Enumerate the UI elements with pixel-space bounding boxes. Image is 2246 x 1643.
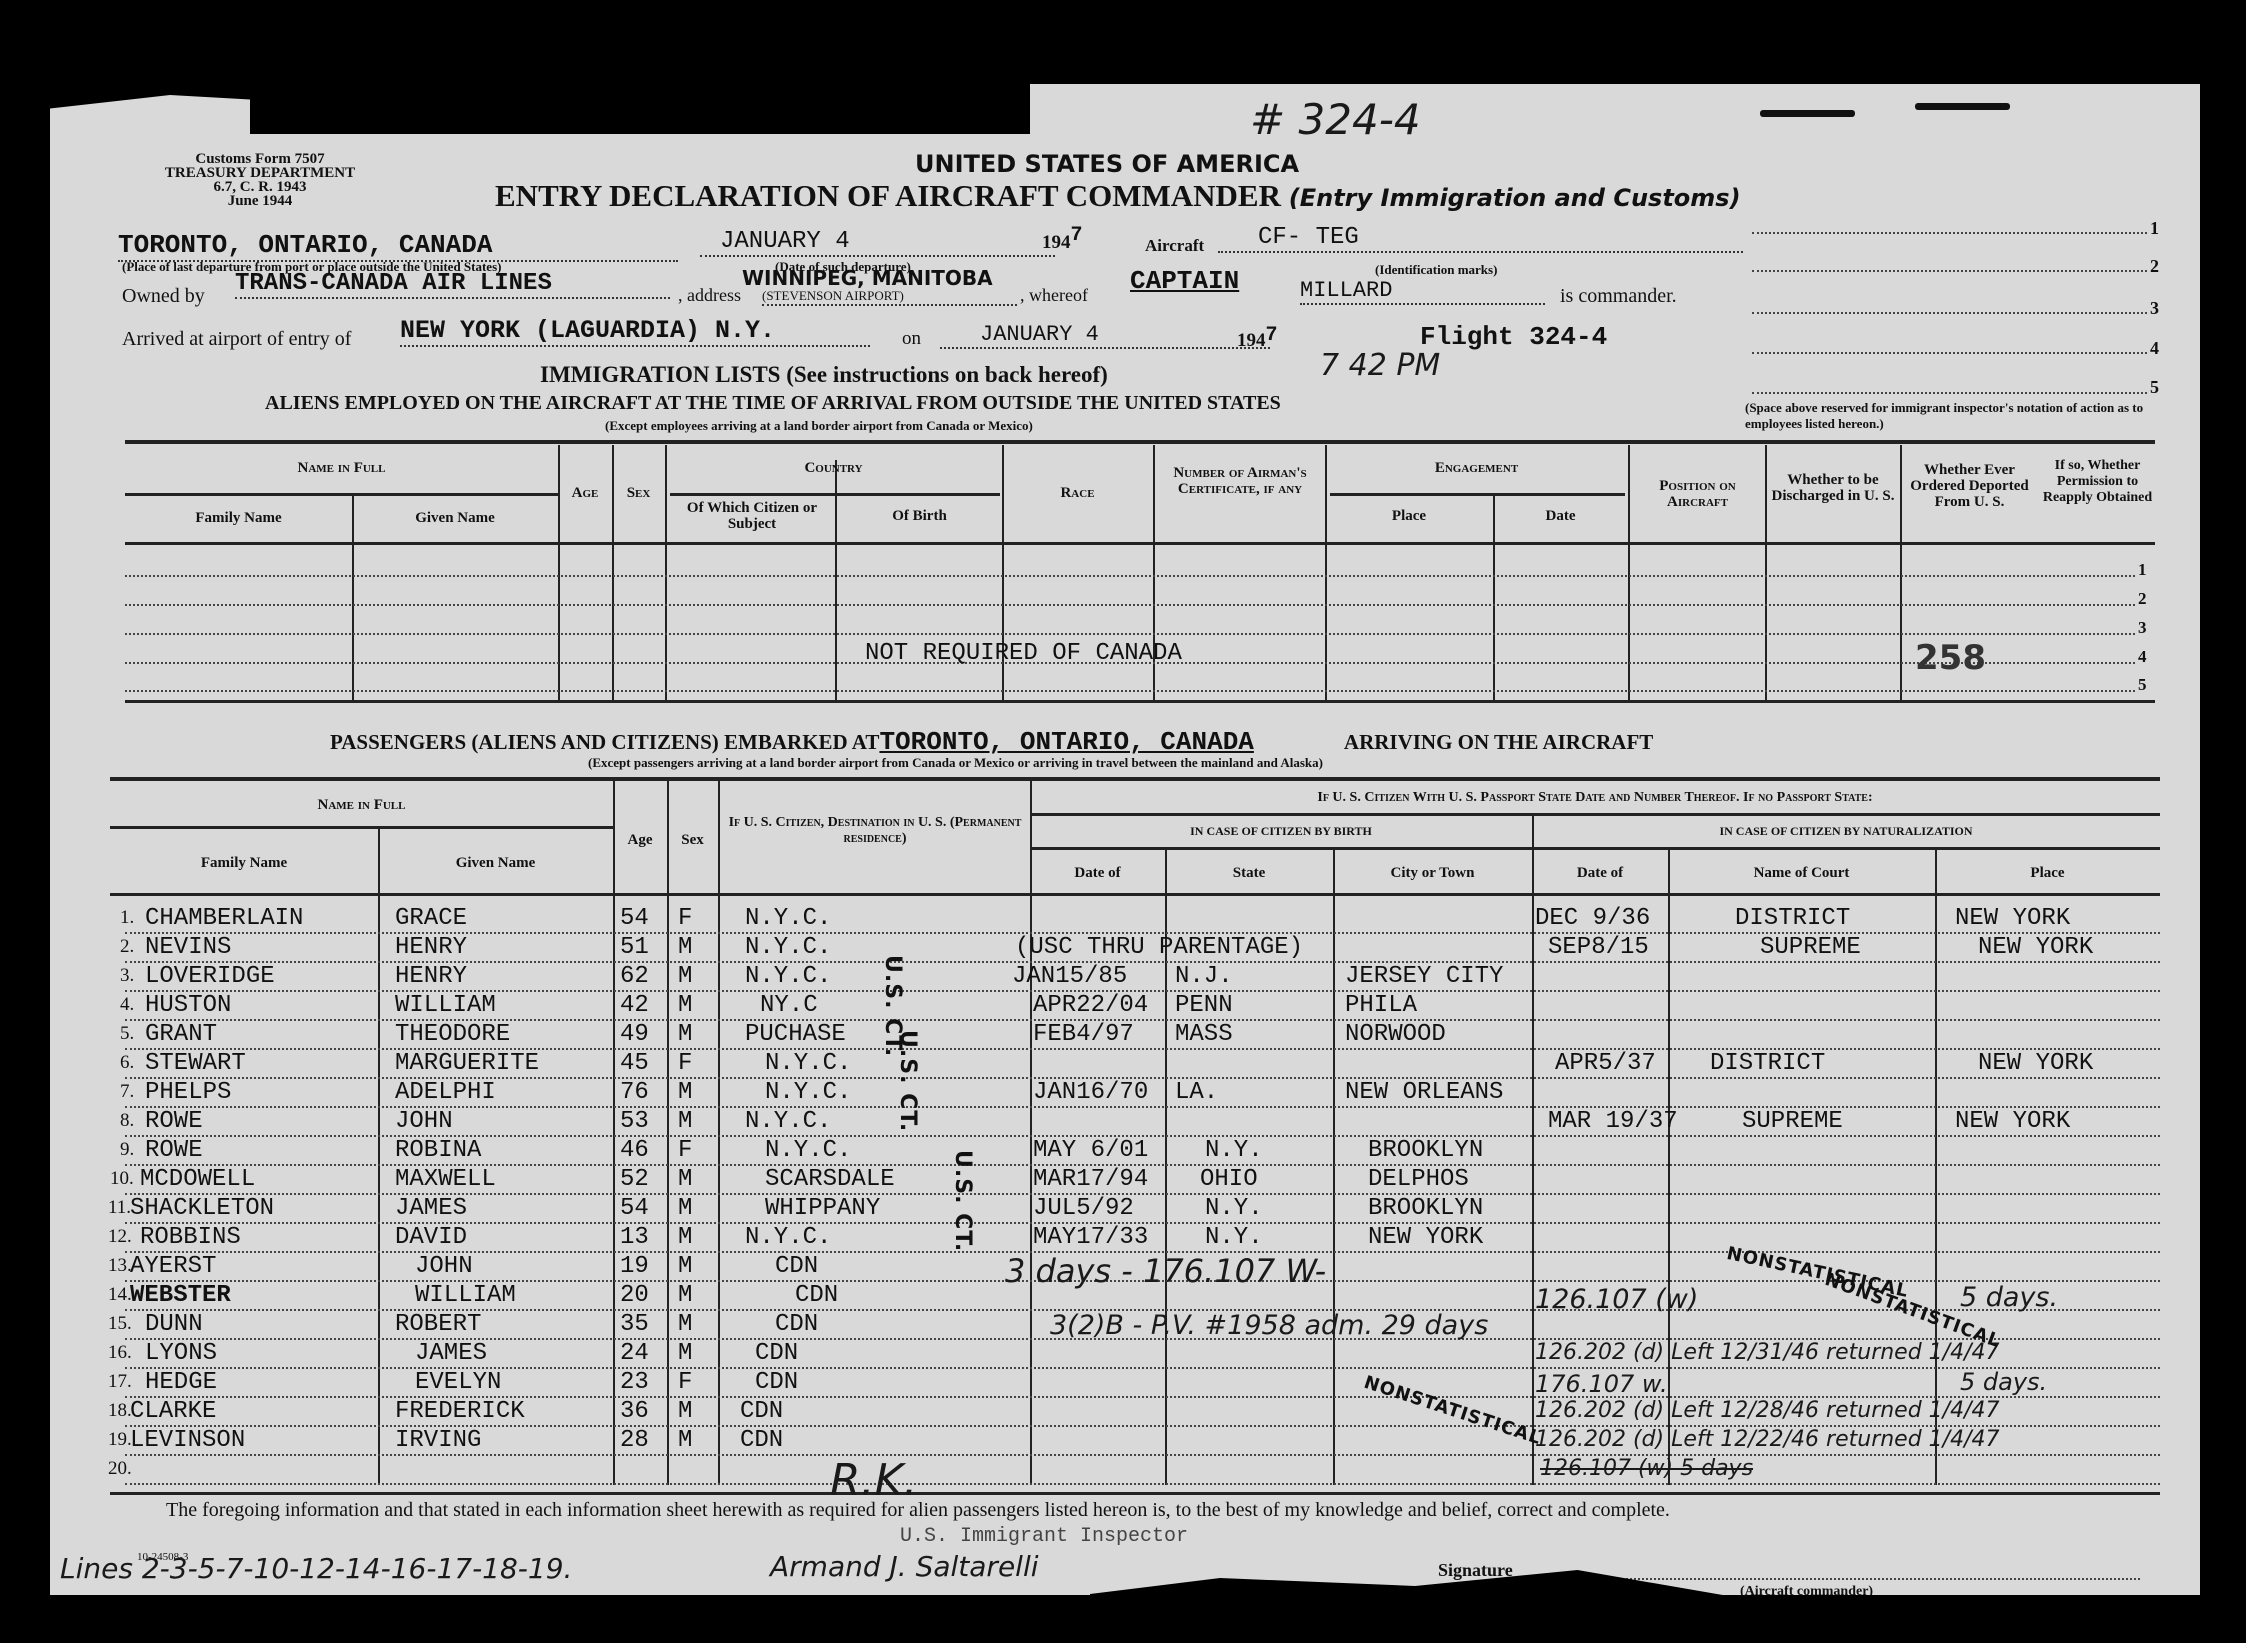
title-suffix: (Entry Immigration and Customs) [1289, 184, 1741, 212]
n: 11. [108, 1197, 131, 1219]
table-row: 4.HUSTONWILLIAM42MNY.CAPR22/04PENNPHILA [0, 992, 2246, 1021]
age: 20 [620, 1282, 649, 1309]
family-name: Family Name [125, 510, 352, 526]
dest: CDN [755, 1340, 798, 1367]
family: SHACKLETON [130, 1195, 274, 1222]
given-name: Given Name [352, 510, 558, 526]
table-row: 17.HEDGEEVELYN23FCDN [0, 1369, 2246, 1398]
table-row: 1.CHAMBERLAINGRACE54FN.Y.C.DEC 9/36DISTR… [0, 905, 2246, 934]
age: 54 [620, 1195, 649, 1222]
form-date: June 1944 [110, 194, 410, 208]
2: 3 [2150, 298, 2159, 319]
stamp-number: 258 [1915, 638, 1986, 678]
family: HUSTON [145, 992, 231, 1019]
n: 2. [120, 936, 134, 958]
n: 9. [120, 1139, 134, 1161]
dest: N.Y.C. [745, 934, 831, 961]
n-date: APR5/37 [1555, 1050, 1656, 1077]
whereof-label: , whereof [1020, 285, 1088, 306]
b-city: NORWOOD [1345, 1021, 1446, 1048]
family: PHELPS [145, 1079, 231, 1106]
given: JOHN [415, 1253, 473, 1280]
handwritten-note: 5 days. [1960, 1368, 2047, 1396]
certificate: Number of Airman's Certificate, if any [1160, 465, 1320, 497]
given: IRVING [395, 1427, 481, 1454]
n-place: NEW YORK [1978, 1050, 2093, 1077]
sex: F [678, 1050, 692, 1077]
n-date: SEP8/15 [1548, 934, 1649, 961]
sex: Sex [667, 832, 718, 848]
aircraft-id-field: CF- TEG [1218, 224, 1743, 253]
n-place: NEW YORK [1955, 905, 2070, 932]
n-court: DISTRICT [1710, 1050, 1825, 1077]
nat-court: Name of Court [1668, 865, 1935, 881]
b-state: N.Y. [1205, 1195, 1263, 1222]
age: 53 [620, 1108, 649, 1135]
family: WEBSTER [130, 1282, 231, 1309]
n: 14. [108, 1284, 132, 1306]
b-city: BROOKLYN [1368, 1137, 1483, 1164]
arrival-time-note: 7 42 PM [1320, 348, 1440, 383]
b-city: PHILA [1345, 992, 1417, 1019]
embarked-at-field: TORONTO, ONTARIO, CANADA [879, 727, 1253, 757]
table-row: 9.ROWEROBINA46FN.Y.C.MAY 6/01N.Y.BROOKLY… [0, 1137, 2246, 1166]
position: Position on Aircraft [1630, 478, 1765, 510]
title-main: ENTRY DECLARATION OF AIRCRAFT COMMANDER [495, 178, 1281, 213]
n-place: NEW YORK [1978, 934, 2093, 961]
age: 45 [620, 1050, 649, 1077]
age: 36 [620, 1398, 649, 1425]
inspector-notation-caption: (Space above reserved for immigrant insp… [1745, 400, 2145, 432]
arrived-label: Arrived at airport of entry of [122, 328, 351, 351]
b-city: JERSEY CITY [1345, 963, 1503, 990]
departure-date-field: JANUARY 4 [700, 228, 1055, 257]
dest: CDN [755, 1369, 798, 1396]
dest: CDN [740, 1398, 783, 1425]
sex: Sex [612, 485, 665, 501]
n-date: DEC 9/36 [1535, 905, 1650, 932]
given: WILLIAM [415, 1282, 516, 1309]
handwritten-note: 176.107 w. [1535, 1370, 1668, 1398]
b-date: MAY17/33 [1033, 1224, 1148, 1251]
n: 7. [120, 1081, 134, 1103]
family: DUNN [145, 1311, 203, 1338]
b-state: LA. [1175, 1079, 1218, 1106]
b-state: N.Y. [1205, 1137, 1263, 1164]
title-prefix: PASSENGERS (ALIENS AND CITIZENS) EMBARKE… [330, 730, 879, 754]
table-row: 7.PHELPSADELPHI76MN.Y.C.JAN16/70LA.NEW O… [0, 1079, 2246, 1108]
family: AYERST [130, 1253, 216, 1280]
dest: N.Y.C. [745, 963, 831, 990]
b-date: JAN15/85 [1012, 963, 1127, 990]
family: ROBBINS [140, 1224, 241, 1251]
sex: M [678, 963, 692, 990]
b-date: (USC THRU PARENTAGE) [1015, 934, 1303, 961]
4: 5 [2138, 675, 2147, 695]
handwritten-note: 3 days - 176.107 W- [1005, 1252, 1326, 1290]
handwritten-note: 126.202 (d) Left 12/28/46 returned 1/4/4… [1535, 1398, 2000, 1423]
scan-background-bottom [0, 1595, 2246, 1643]
birth-city: City or Town [1333, 865, 1532, 881]
given: MAXWELL [395, 1166, 496, 1193]
given: DAVID [395, 1224, 467, 1251]
n: 18. [108, 1400, 132, 1422]
family: HEDGE [145, 1369, 217, 1396]
age: 54 [620, 905, 649, 932]
n-place: NEW YORK [1955, 1108, 2070, 1135]
form-id-block: Customs Form 7507 TREASURY DEPARTMENT 6.… [110, 152, 410, 208]
by-naturalization: In case of citizen by naturalization [1532, 823, 2160, 839]
place: Place [1325, 508, 1493, 524]
family: NEVINS [145, 934, 231, 961]
date: Date [1493, 508, 1628, 524]
immigration-lists-title: IMMIGRATION LISTS (See instructions on b… [540, 362, 1108, 388]
immigration-lists-subtitle: ALIENS EMPLOYED ON THE AIRCRAFT AT THE T… [265, 392, 1281, 415]
sex: M [678, 1340, 692, 1367]
dest: NY.C [760, 992, 818, 1019]
family: LOVERIDGE [145, 963, 275, 990]
family: CLARKE [130, 1398, 216, 1425]
owner-field: TRANS-CANADA AIR LINES [235, 270, 670, 299]
birth-state: State [1165, 865, 1333, 881]
b-state: N.J. [1175, 963, 1233, 990]
n: 12. [108, 1226, 132, 1248]
age: 62 [620, 963, 649, 990]
n: 13. [108, 1255, 132, 1277]
dest: N.Y.C. [745, 1108, 831, 1135]
given: JAMES [415, 1340, 487, 1367]
given: MARGUERITE [395, 1050, 539, 1077]
given: HENRY [395, 934, 467, 961]
dest: CDN [775, 1311, 818, 1338]
table-row: 20. [0, 1456, 2246, 1485]
dest: N.Y.C. [765, 1079, 851, 1106]
age: 46 [620, 1137, 649, 1164]
b-state: OHIO [1200, 1166, 1258, 1193]
0: 1 [2150, 218, 2159, 239]
name-in-full: Name in Full [110, 797, 613, 813]
citizen-of: Of Which Citizen or Subject [672, 500, 832, 532]
dest: CDN [795, 1282, 838, 1309]
commander-name: MILLARD [1300, 278, 1545, 305]
n: 20. [108, 1458, 132, 1480]
1: 2 [2138, 589, 2147, 609]
given: JAMES [395, 1195, 467, 1222]
given: ROBINA [395, 1137, 481, 1164]
not-required-note: NOT REQUIRED OF CANADA [865, 640, 1182, 667]
handwritten-note: 126.107 (w) [1535, 1284, 1698, 1315]
b-date: JAN16/70 [1033, 1079, 1148, 1106]
handwritten-note: 126.202 (d) Left 12/22/46 returned 1/4/4… [1535, 1427, 2000, 1452]
flight-number: Flight 324-4 [1420, 322, 1607, 352]
given: WILLIAM [395, 992, 496, 1019]
us-court-stamp-2: U.S. CT. [895, 1030, 920, 1132]
sex: M [678, 1224, 692, 1251]
dest: N.Y.C. [765, 1050, 851, 1077]
b-date: APR22/04 [1033, 992, 1148, 1019]
0: 1 [2138, 560, 2147, 580]
dest: SCARSDALE [765, 1166, 895, 1193]
sex: M [678, 1427, 692, 1454]
age: 76 [620, 1079, 649, 1106]
table-row: 11.SHACKLETONJAMES54MWHIPPANYJUL5/92N.Y.… [0, 1195, 2246, 1224]
b-city: BROOKLYN [1368, 1195, 1483, 1222]
form-regulation: 6.7, C. R. 1943 [110, 180, 410, 194]
sex: M [678, 1311, 692, 1338]
inspector-title-stamp: U.S. Immigrant Inspector [900, 1525, 1188, 1548]
family: MCDOWELL [140, 1166, 255, 1193]
age: 19 [620, 1253, 649, 1280]
arrival-year-suffix: 7 [1266, 324, 1278, 347]
family: LYONS [145, 1340, 217, 1367]
arrival-year: 1947 [1237, 330, 1278, 353]
dest: N.Y.C. [745, 1224, 831, 1251]
sex: F [678, 905, 692, 932]
given: GRACE [395, 905, 467, 932]
n: 17. [108, 1371, 132, 1393]
b-date: MAY 6/01 [1033, 1137, 1148, 1164]
n: 4. [120, 994, 134, 1016]
address-detail: (STEVENSON AIRPORT) [762, 288, 1017, 306]
handwritten-note: 126.202 (d) Left 12/31/46 returned 1/4/4… [1535, 1340, 2000, 1365]
4: 5 [2150, 377, 2159, 398]
handwritten-note: 5 days. [1960, 1282, 2058, 1313]
family: LEVINSON [130, 1427, 245, 1454]
nat-place: Place [1935, 865, 2160, 881]
n: 8. [120, 1110, 134, 1132]
inspector-signature: Armand J. Saltarelli [770, 1550, 1039, 1583]
1: 2 [2150, 256, 2159, 277]
passport-header: If U. S. Citizen With U. S. Passport Sta… [1030, 790, 2160, 806]
family-name: Family Name [110, 855, 378, 871]
sex: M [678, 1195, 692, 1222]
given: JOHN [395, 1108, 453, 1135]
2: 3 [2138, 618, 2147, 638]
b-date: MAR17/94 [1033, 1166, 1148, 1193]
n: 10. [110, 1168, 134, 1190]
family: ROWE [145, 1108, 203, 1135]
dest: N.Y.C. [745, 905, 831, 932]
dest: PUCHASE [745, 1021, 846, 1048]
age: 13 [620, 1224, 649, 1251]
by-birth: In case of citizen by birth [1030, 823, 1532, 839]
title-suffix: ARRIVING ON THE AIRCRAFT [1344, 730, 1653, 754]
handwritten-dash-2 [1915, 103, 2010, 110]
table-row: 2.NEVINSHENRY51MN.Y.C.(USC THRU PARENTAG… [0, 934, 2246, 963]
destination: If U. S. Citizen, Destination in U. S. (… [725, 815, 1025, 847]
age: 24 [620, 1340, 649, 1367]
deported: Whether Ever Ordered Deported From U. S. [1902, 462, 2037, 510]
sex: M [678, 1021, 692, 1048]
b-city: NEW ORLEANS [1345, 1079, 1503, 1106]
family: ROWE [145, 1137, 203, 1164]
sex: F [678, 1369, 692, 1396]
b-date: JUL5/92 [1033, 1195, 1134, 1222]
immigration-lists-note: (Except employees arriving at a land bor… [605, 418, 1033, 434]
departure-year: 1947 [1042, 232, 1083, 255]
n: 3. [120, 965, 134, 987]
table-row: 5.GRANTTHEODORE49MPUCHASEFEB4/97MASSNORW… [0, 1021, 2246, 1050]
table-row: 6.STEWARTMARGUERITE45FN.Y.C.APR5/37DISTR… [0, 1050, 2246, 1079]
birth-date: Date of [1030, 865, 1165, 881]
arrival-year-prefix: 194 [1237, 330, 1266, 351]
of-birth: Of Birth [837, 508, 1002, 524]
sex: M [678, 1282, 692, 1309]
arrival-airport-field: NEW YORK (LAGUARDIA) N.Y. [400, 316, 870, 347]
b-state: N.Y. [1205, 1224, 1263, 1251]
discharged: Whether to be Discharged in U. S. [1768, 472, 1898, 504]
name-in-full: Name in Full [125, 460, 558, 476]
given: ADELPHI [395, 1079, 496, 1106]
age: 51 [620, 934, 649, 961]
family: GRANT [145, 1021, 217, 1048]
n-court: SUPREME [1760, 934, 1861, 961]
given-name: Given Name [378, 855, 613, 871]
sex: F [678, 1137, 692, 1164]
table-row: 12.ROBBINSDAVID13MN.Y.C.MAY17/33N.Y.NEW … [0, 1224, 2246, 1253]
age: Age [558, 485, 612, 501]
arrival-date-field: JANUARY 4 [940, 322, 1270, 349]
print-code: 10-24508-3 [137, 1551, 188, 1563]
given: THEODORE [395, 1021, 510, 1048]
3: 4 [2138, 647, 2147, 667]
given: HENRY [395, 963, 467, 990]
reapply: If so, Whether Permission to Reapply Obt… [2040, 458, 2155, 506]
given: FREDERICK [395, 1398, 525, 1425]
form-department: TREASURY DEPARTMENT [110, 166, 410, 180]
family: STEWART [145, 1050, 246, 1077]
aircraft-label: Aircraft [1145, 236, 1204, 256]
dest: N.Y.C. [765, 1137, 851, 1164]
n-date: MAR 19/37 [1548, 1108, 1678, 1135]
handwritten-dash-1 [1760, 110, 1855, 117]
n-court: SUPREME [1742, 1108, 1843, 1135]
form-title: ENTRY DECLARATION OF AIRCRAFT COMMANDER … [495, 178, 1741, 214]
n: 16. [108, 1342, 132, 1364]
sex: M [678, 1166, 692, 1193]
aircraft-caption: (Identification marks) [1375, 262, 1497, 278]
address-label: , address [678, 285, 741, 306]
sex: M [678, 1253, 692, 1280]
table-row: 10.MCDOWELLMAXWELL52MSCARSDALEMAR17/94OH… [0, 1166, 2246, 1195]
age: 23 [620, 1369, 649, 1396]
certification-text: The foregoing information and that state… [118, 1500, 2138, 1520]
is-commander-label: is commander. [1560, 285, 1677, 308]
n: 1. [120, 907, 134, 929]
given: EVELYN [415, 1369, 501, 1396]
n: 19. [108, 1429, 132, 1451]
b-city: DELPHOS [1368, 1166, 1469, 1193]
passengers-note: (Except passengers arriving at a land bo… [588, 755, 1323, 771]
country: Country [665, 460, 1002, 476]
b-state: MASS [1175, 1021, 1233, 1048]
sex: M [678, 992, 692, 1019]
dest: CDN [775, 1253, 818, 1280]
table-row: 8.ROWEJOHN53MN.Y.C.MAR 19/37SUPREMENEW Y… [0, 1108, 2246, 1137]
owned-by-label: Owned by [122, 285, 205, 308]
form-number: Customs Form 7507 [110, 152, 410, 166]
year-suffix: 7 [1071, 224, 1083, 247]
age: Age [613, 832, 667, 848]
sex: M [678, 1398, 692, 1425]
address-city: WINNIPEG, MANITOBA [742, 266, 993, 290]
given: ROBERT [395, 1311, 481, 1338]
race: Race [1002, 485, 1153, 501]
year-prefix: 194 [1042, 232, 1071, 253]
engagement: Engagement [1325, 460, 1628, 476]
handwritten-file-number: # 324-4 [1250, 95, 1421, 144]
sex: M [678, 1108, 692, 1135]
country-heading: UNITED STATES OF AMERICA [915, 150, 1299, 178]
sex: M [678, 1079, 692, 1106]
n: 15. [108, 1313, 132, 1335]
on-label: on [902, 328, 921, 350]
family: CHAMBERLAIN [145, 905, 303, 932]
passengers-title: PASSENGERS (ALIENS AND CITIZENS) EMBARKE… [330, 727, 1653, 757]
n: 6. [120, 1052, 134, 1074]
age: 49 [620, 1021, 649, 1048]
table-row: 3.LOVERIDGEHENRY62MN.Y.C.JAN15/85N.J.JER… [0, 963, 2246, 992]
departure-place-field: TORONTO, ONTARIO, CANADA [118, 230, 678, 262]
us-court-stamp-3: U.S. CT. [950, 1150, 975, 1252]
b-state: PENN [1175, 992, 1233, 1019]
dest: CDN [740, 1427, 783, 1454]
handwritten-note-struck: 126.107 (w) 5 days [1540, 1456, 1753, 1481]
3: 4 [2150, 338, 2159, 359]
dest: WHIPPANY [765, 1195, 880, 1222]
age: 28 [620, 1427, 649, 1454]
age: 42 [620, 992, 649, 1019]
age: 35 [620, 1311, 649, 1338]
b-city: NEW YORK [1368, 1224, 1483, 1251]
commander-title: CAPTAIN [1130, 266, 1239, 296]
sex: M [678, 934, 692, 961]
handwritten-note: 3(2)B - P.V. #1958 adm. 29 days [1050, 1310, 1488, 1341]
b-date: FEB4/97 [1033, 1021, 1134, 1048]
n: 5. [120, 1023, 134, 1045]
n-court: DISTRICT [1735, 905, 1850, 932]
age: 52 [620, 1166, 649, 1193]
nat-date: Date of [1532, 865, 1668, 881]
